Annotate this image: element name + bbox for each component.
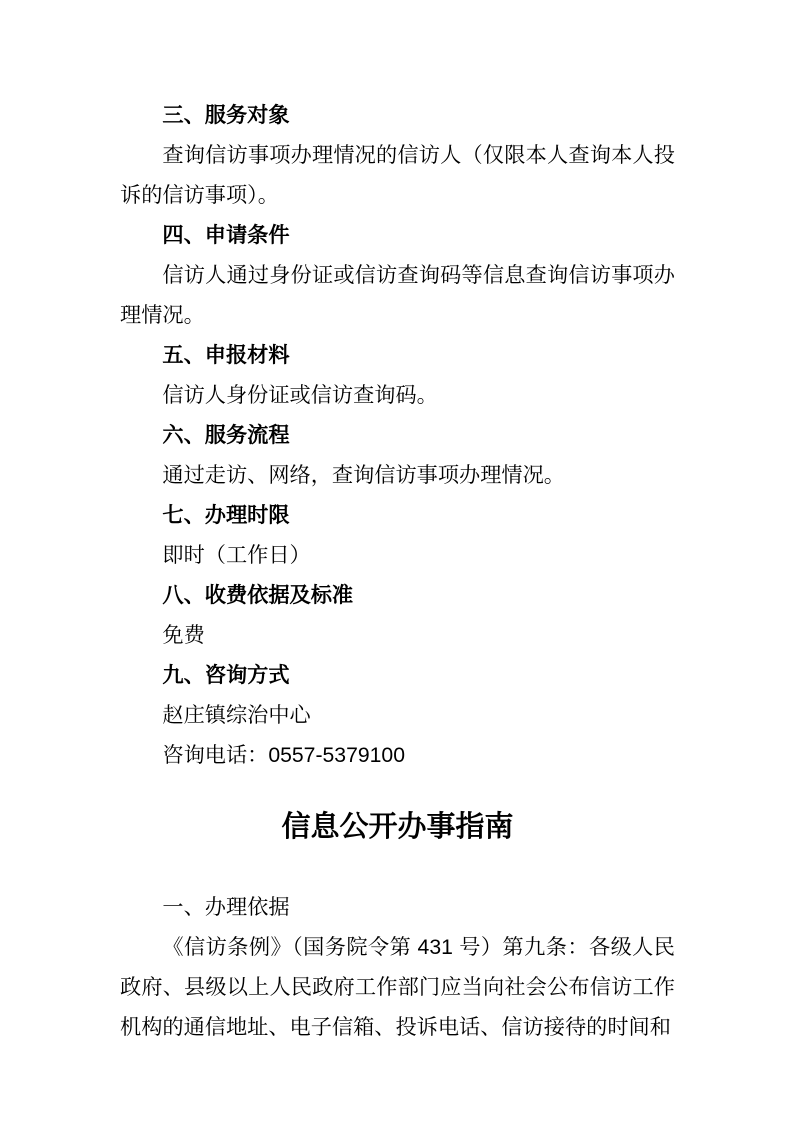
- section-heading-process: 六、服务流程: [120, 416, 675, 456]
- section-heading-legal-basis: 一、办理依据: [120, 888, 675, 928]
- body-paragraph-time-limit: 即时（工作日）: [120, 536, 675, 576]
- section-heading-materials: 五、申报材料: [120, 336, 675, 376]
- section-heading-fees: 八、收费依据及标准: [120, 576, 675, 616]
- section-heading-consultation: 九、咨询方式: [120, 656, 675, 696]
- body-paragraph-legal-basis: 《信访条例》（国务院令第 431 号）第九条：各级人民政府、县级以上人民政府工作…: [120, 928, 675, 1048]
- section-heading-apply-conditions: 四、申请条件: [120, 216, 675, 256]
- document-page: 三、服务对象 查询信访事项办理情况的信访人（仅限本人查询本人投诉的信访事项）。 …: [0, 0, 793, 1122]
- body-paragraph-fees: 免费: [120, 616, 675, 656]
- body-paragraph-materials: 信访人身份证或信访查询码。: [120, 376, 675, 416]
- body-paragraph-apply-conditions: 信访人通过身份证或信访查询码等信息查询信访事项办理情况。: [120, 256, 675, 336]
- body-paragraph-consult-center: 赵庄镇综治中心: [120, 696, 675, 736]
- doc-title-info-disclosure: 信息公开办事指南: [120, 803, 675, 851]
- section-heading-time-limit: 七、办理时限: [120, 496, 675, 536]
- section-heading-service-target: 三、服务对象: [120, 96, 675, 136]
- body-paragraph-consult-phone: 咨询电话：0557-5379100: [120, 736, 675, 776]
- body-paragraph-service-target: 查询信访事项办理情况的信访人（仅限本人查询本人投诉的信访事项）。: [120, 136, 675, 216]
- document-content: 三、服务对象 查询信访事项办理情况的信访人（仅限本人查询本人投诉的信访事项）。 …: [0, 0, 793, 1048]
- body-paragraph-process: 通过走访、网络，查询信访事项办理情况。: [120, 456, 675, 496]
